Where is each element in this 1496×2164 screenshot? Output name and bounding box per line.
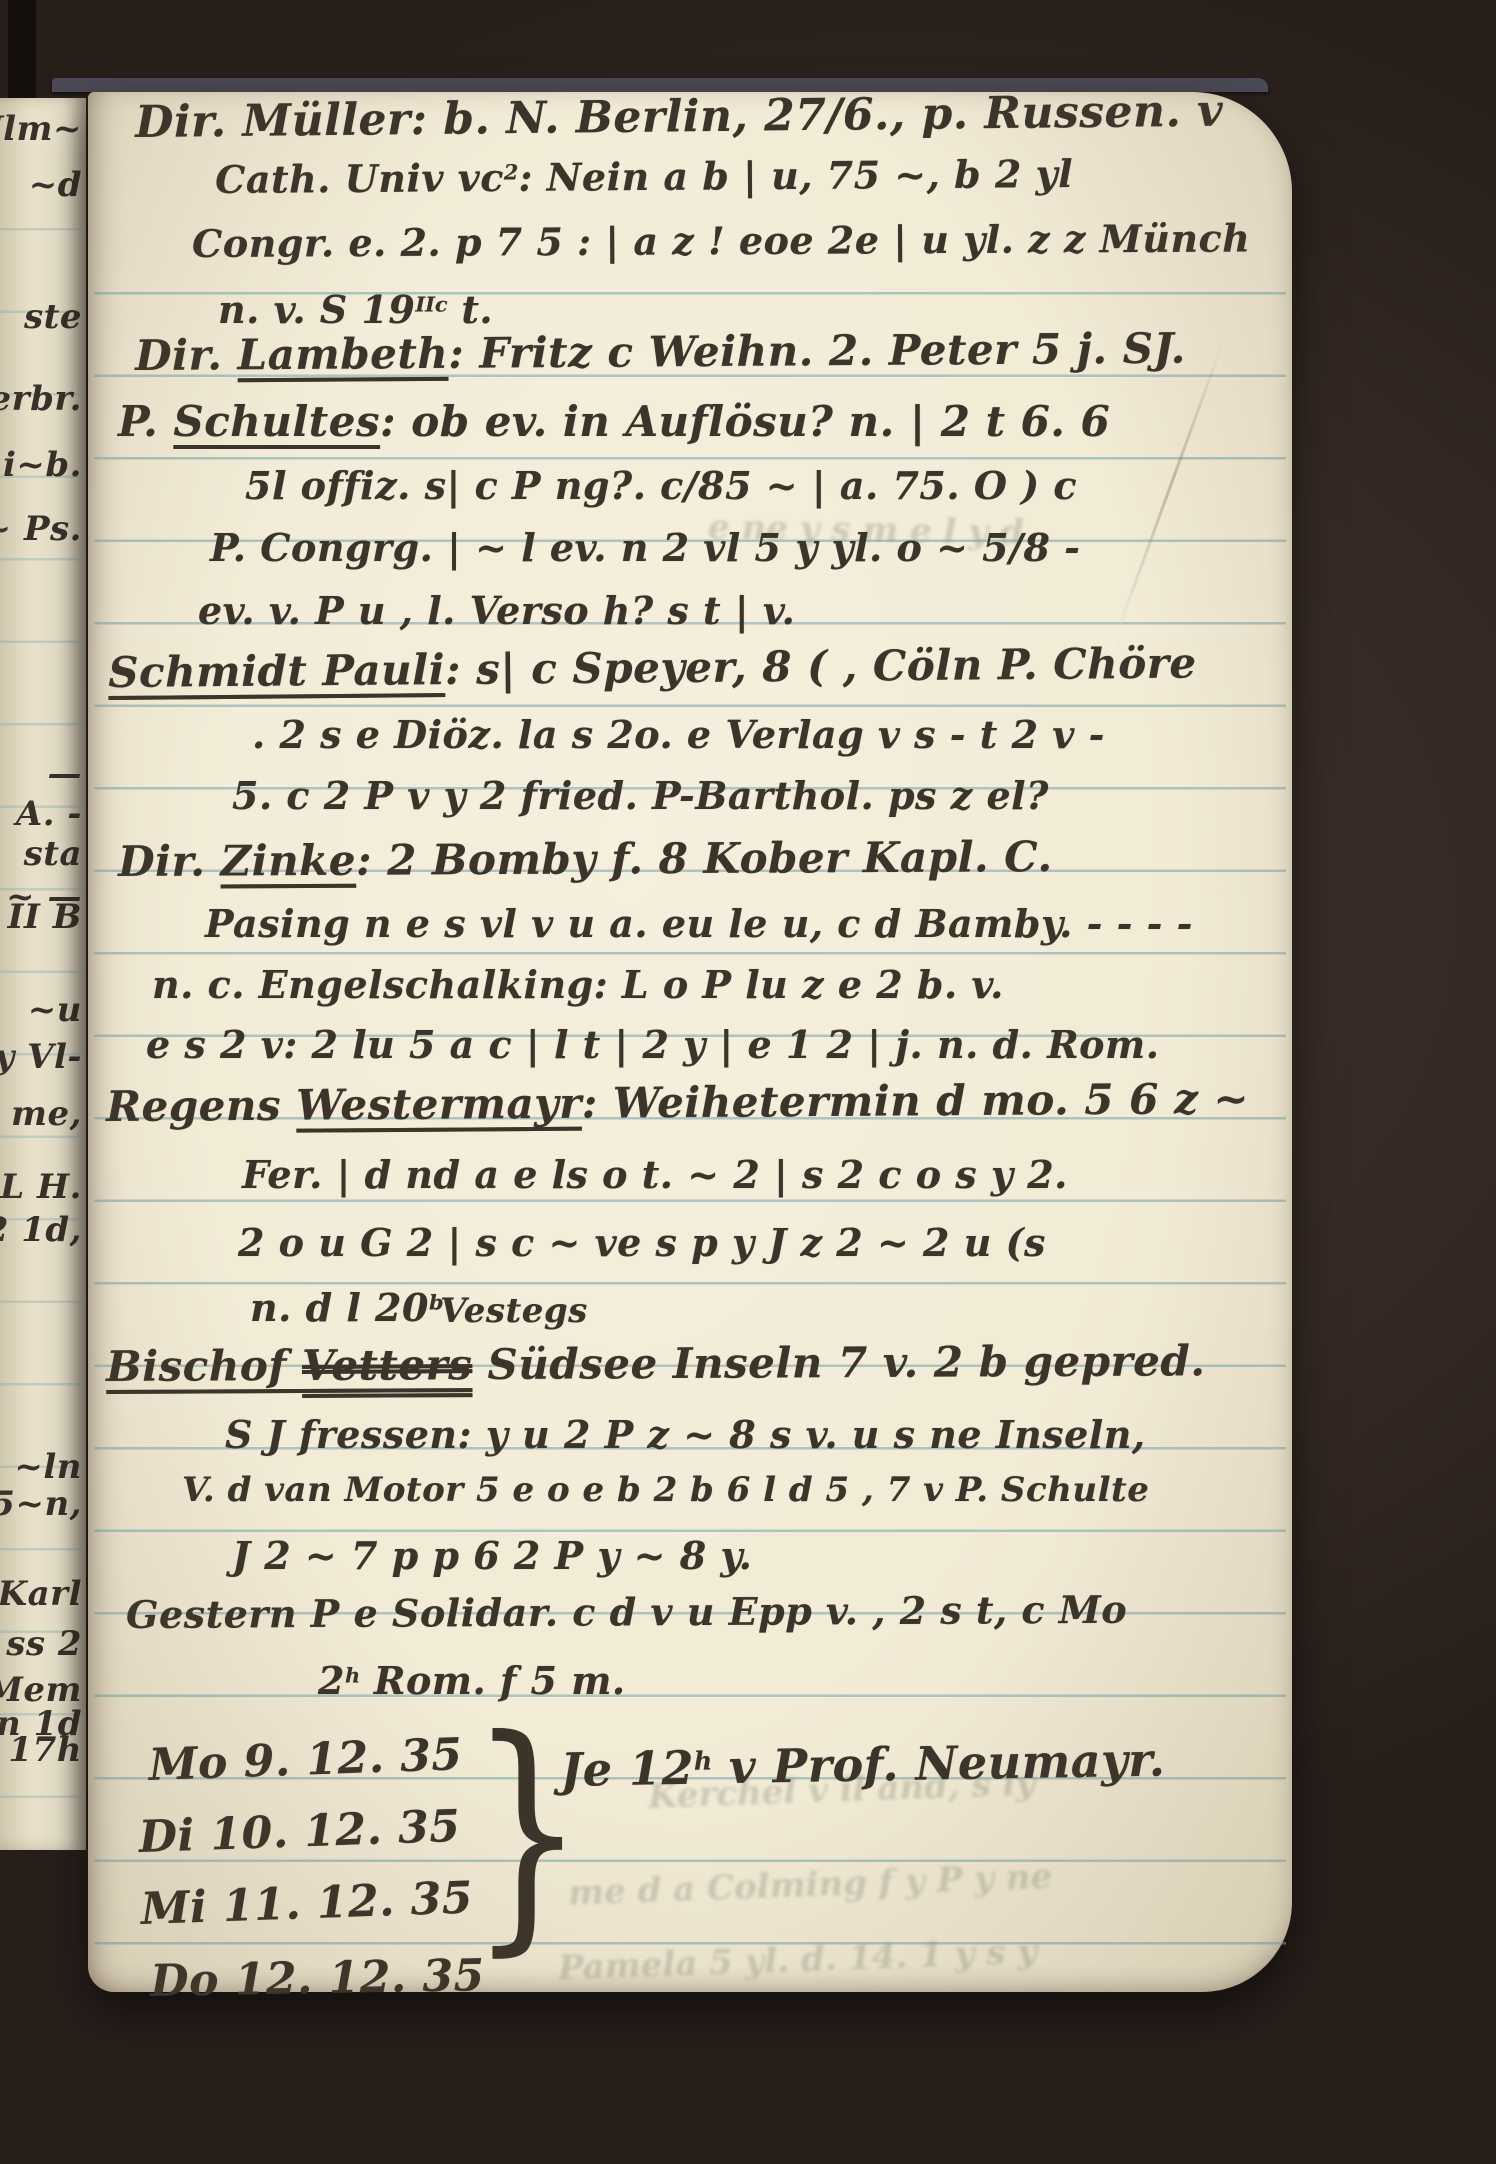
handwriting-segment: Vestegs (440, 1291, 588, 1331)
handwriting-segment: Bischof (106, 1341, 302, 1391)
handwriting-segment: h (694, 1745, 713, 1775)
handwriting-line: P. Congrg. | ~ l ev. n 2 vl 5 y yl. o ~ … (210, 526, 1080, 570)
left-page-fragment: sta (24, 837, 82, 871)
handwriting-segment: . 2 s e Diöz. la s 2o. e Verlag v s - t … (252, 712, 1105, 757)
handwriting-segment: J 2 ~ 7 p p 6 2 P y ~ 8 y. (232, 1533, 752, 1578)
handwriting-segment: 5l offiz. s| c P ng?. c/85 ~ | a. 75. O … (245, 463, 1077, 508)
handwriting-segment: 2 (504, 159, 519, 184)
handwriting-line: V. d van Motor 5 e o e b 2 b 6 l d 5 , 7… (182, 1471, 1149, 1510)
handwriting-segment: Dir. (118, 836, 221, 886)
handwriting-line: Cath. Univ vc2: Nein a b | u, 75 ~, b 2 … (215, 152, 1073, 202)
handwriting-line: n. d l 20b (250, 1286, 444, 1330)
handwriting-line: e s 2 v: 2 lu 5 a c | l t | 2 y | e 1 2 … (146, 1023, 1159, 1067)
handwriting-segment: : Nein a b | u, 75 ~, b 2 yl (518, 151, 1073, 200)
handwriting-segment: Pasing n e s vl v u a. eu le u, c d Bamb… (205, 901, 1193, 946)
handwriting-segment: Dir. (135, 330, 238, 380)
handwriting-segment: Dir. Müller: b. N. Berlin, 27/6., p. Rus… (135, 86, 1223, 148)
handwriting-segment: : ob ev. in Auflösu? n. | 2 t 6. 6 (380, 397, 1110, 446)
left-page-fragment: ~ 2 1d, (0, 1213, 82, 1247)
handwriting-line: n. c. Engelschalking: L o P lu z e 2 b. … (152, 963, 1004, 1007)
left-page-fragment: II B (8, 900, 82, 934)
handwriting-line: 5l offiz. s| c P ng?. c/85 ~ | a. 75. O … (245, 464, 1077, 508)
spine-bar (8, 0, 36, 102)
handwriting-line: S J fressen: y u 2 P z ~ 8 s v. u s ne I… (225, 1413, 1146, 1457)
handwriting-segment: Gestern P e Solidar. c d v u Epp v. , 2 … (126, 1587, 1127, 1637)
handwriting-segment: : Weihetermin d mo. 5 6 z ~ (582, 1074, 1250, 1128)
left-page-fragment: y Vl- (0, 1040, 82, 1074)
handwriting-segment: Vetters (302, 1340, 473, 1390)
handwriting-line: Fer. | d nd a e ls o t. ~ 2 | s 2 c o s … (242, 1153, 1068, 1197)
left-page-fragment: L H. (0, 1170, 82, 1204)
handwriting-segment: } (470, 1686, 585, 1977)
handwriting-line: . 2 s e Diöz. la s 2o. e Verlag v s - t … (252, 713, 1105, 757)
handwriting-segment: : s| c Speyer, 8 ( , Cöln P. Chöre (445, 639, 1197, 695)
handwriting-line: Dir. Müller: b. N. Berlin, 27/6., p. Rus… (135, 87, 1223, 149)
handwriting-segment: 5. c 2 P v y 2 fried. P-Barthol. ps z el… (232, 773, 1049, 818)
left-page-fragment: f Mem (0, 1673, 82, 1707)
inserted-word: Vestegs (440, 1292, 588, 1331)
handwriting-segment: Zinke (220, 836, 356, 886)
handwriting-line: Je 12h v Prof. Neumayr. (560, 1733, 1166, 1796)
left-page-fragment: ~ Ps. (0, 512, 82, 546)
handwriting-segment: Mo 9. 12. 35 (148, 1729, 463, 1791)
handwriting-segment: Schultes (173, 397, 380, 446)
handwriting-segment: Di 10. 12. 35 (138, 1801, 461, 1863)
handwriting-segment: Regens (106, 1081, 296, 1131)
handwriting-segment: S J fressen: y u 2 P z ~ 8 s v. u s ne I… (225, 1412, 1146, 1457)
handwriting-segment: : Fritz c Weihn. 2. Peter 5 j. SJ. (448, 324, 1186, 378)
left-page-fragment: ~d (29, 168, 82, 202)
handwriting-line: P. Schultes: ob ev. in Auflösu? n. | 2 t… (118, 398, 1110, 446)
left-page-fragment: Ulm~ (0, 112, 82, 146)
handwriting-segment: : 2 Bomby f. 8 Kober Kapl. C. (356, 832, 1053, 885)
photo-of-notebook: { "photo": { "backdrop_color": "#362a25"… (0, 0, 1496, 2164)
handwriting-segment: 2 (318, 1658, 345, 1703)
handwriting-segment: Do 12. 12. 35 (150, 1950, 485, 2007)
handwriting-line: Dir. Lambeth: Fritz c Weihn. 2. Peter 5 … (135, 325, 1186, 381)
handwriting-line: Congr. e. 2. p 7 5 : | a z ! eoe 2e | u … (192, 216, 1250, 265)
handwriting-segment: h (345, 1663, 360, 1688)
handwriting-segment: V. d van Motor 5 e o e b 2 b 6 l d 5 , 7… (182, 1470, 1149, 1510)
handwriting-line: Gestern P e Solidar. c d v u Epp v. , 2 … (126, 1588, 1127, 1637)
handwriting-segment: t. (448, 287, 494, 332)
facing-page-sliver: Ulm~~dstederbr.i~b.~ Ps.—A. -sta~ —II B~… (0, 98, 86, 1850)
handwriting-segment: Westermayr (296, 1079, 582, 1130)
handwriting-segment: Je 12 (560, 1741, 694, 1797)
handwriting-segment: n. d l 20 (250, 1285, 429, 1330)
left-page-fragment: ~ln (14, 1450, 82, 1484)
left-page-fragment: A. - (16, 797, 82, 831)
handwriting-segment: Fer. | d nd a e ls o t. ~ 2 | s 2 c o s … (242, 1152, 1068, 1197)
left-page-fragment: derbr. (0, 382, 82, 416)
handwriting-segment: Südsee Inseln 7 v. 2 b gepred. (472, 1336, 1205, 1389)
handwriting-segment: Lambeth (237, 329, 448, 379)
handwriting-segment: v Prof. Neumayr. (712, 1732, 1166, 1794)
handwriting-segment: Schmidt Pauli (108, 645, 445, 697)
left-page-fragment: Karl (0, 1577, 82, 1611)
handwriting-segment: Congr. e. 2. p 7 5 : | a z ! eoe 2e | u … (192, 215, 1250, 266)
date-line: Do 12. 12. 35 (150, 1951, 485, 2007)
handwriting-line: 5. c 2 P v y 2 fried. P-Barthol. ps z el… (232, 774, 1049, 818)
handwriting-segment: Mi 11. 12. 35 (140, 1872, 474, 1935)
handwriting-line: Schmidt Pauli: s| c Speyer, 8 ( , Cöln P… (108, 640, 1197, 698)
handwriting-segment: n. c. Engelschalking: L o P lu z e 2 b. … (152, 962, 1004, 1007)
handwriting-line: Dir. Zinke: 2 Bomby f. 8 Kober Kapl. C. (118, 833, 1053, 886)
left-page-fragment: 17h (8, 1733, 82, 1767)
handwriting-segment: IIc (415, 292, 447, 317)
left-page-fragment: i~b. (3, 448, 82, 482)
handwriting-segment: Cath. Univ vc (215, 155, 504, 202)
left-page-fragment: — (48, 757, 83, 791)
left-page-fragment: 5~n, (0, 1487, 82, 1521)
handwriting-segment: n. v. S 19 (218, 287, 415, 332)
left-page-fragment: me, (11, 1097, 82, 1131)
handwriting-line: ev. v. P u , l. Verso h? s t | v. (198, 589, 795, 633)
handwriting-line: Bischof Vetters Südsee Inseln 7 v. 2 b g… (106, 1337, 1206, 1391)
handwriting-line: J 2 ~ 7 p p 6 2 P y ~ 8 y. (232, 1534, 752, 1578)
notebook-page: e ne y s m e l y dKerchel v il and, s ly… (88, 92, 1292, 1992)
left-page-fragment: ste (24, 300, 82, 334)
handwriting-line: n. v. S 19IIc t. (218, 288, 493, 332)
handwriting-line: Pasing n e s vl v u a. eu le u, c d Bamb… (205, 902, 1193, 946)
handwriting-segment: ev. v. P u , l. Verso h? s t | v. (198, 588, 795, 633)
handwriting-segment: P. Congrg. | ~ l ev. n 2 vl 5 y yl. o ~ … (210, 525, 1080, 570)
handwriting-segment: 2 o u G 2 | s c ~ ve s p y J z 2 ~ 2 u (… (238, 1220, 1046, 1265)
left-page-fragment: ss 2 (6, 1627, 82, 1661)
handwriting-segment: P. (118, 397, 173, 446)
handwriting-line: 2 o u G 2 | s c ~ ve s p y J z 2 ~ 2 u (… (238, 1221, 1046, 1265)
left-page-fragment: ~u (28, 993, 82, 1027)
handwriting-segment: e s 2 v: 2 lu 5 a c | l t | 2 y | e 1 2 … (146, 1022, 1159, 1067)
handwriting-line: Regens Westermayr: Weihetermin d mo. 5 6… (106, 1075, 1249, 1131)
